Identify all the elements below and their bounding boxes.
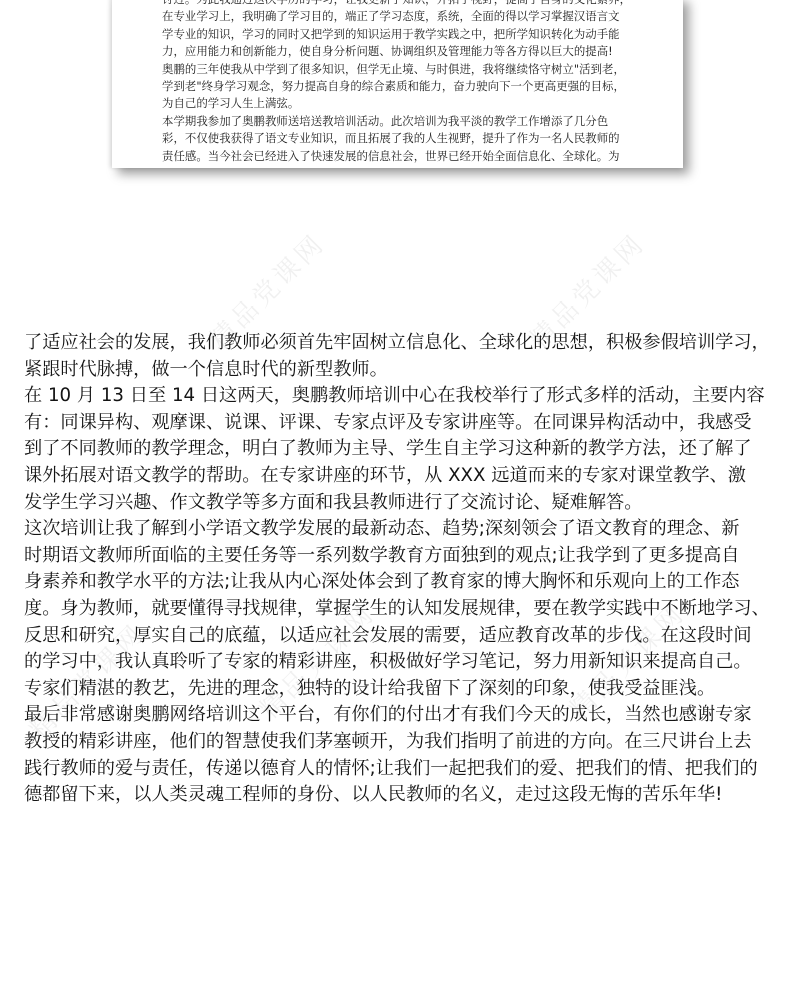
body-line: 的学习中，我认真聆听了专家的精彩讲座，积极做好学习笔记，努力用新知识来提高自己。 <box>24 649 784 676</box>
body-line: 在 10 月 13 日至 14 日这两天，奥鹏教师培训中心在我校举行了形式多样的… <box>24 383 784 410</box>
preview-text-block: 讨过。为此我通过这次学历的学习，让我更新了知识，开拓了视野，提高了自身的文化素养… <box>162 0 647 165</box>
body-line: 紧跟时代脉搏，做一个信息时代的新型教师。 <box>24 357 784 384</box>
preview-line: 奥鹏的三年使我从中学到了很多知识，但学无止境、与时俱进，我将继续恪守树立"活到老… <box>162 61 647 78</box>
preview-line: 讨过。为此我通过这次学历的学习，让我更新了知识，开拓了视野，提高了自身的文化素养… <box>162 0 647 8</box>
body-line: 到了不同教师的教学理念，明白了教师为主导、学生自主学习这种新的教学方法，还了解了 <box>24 436 784 463</box>
preview-line: 本学期我参加了奥鹏教师送培送教培训活动。此次培训为我平淡的教学工作增添了几分色 <box>162 113 647 130</box>
body-line: 有：同课异构、观摩课、说课、评课、专家点评及专家讲座等。在同课异构活动中，我感受 <box>24 410 784 437</box>
body-line: 德都留下来，以人类灵魂工程师的身份、以人民教师的名义，走过这段无悔的苦乐年华! <box>24 782 784 809</box>
preview-line: 为自己的学习人生上满弦。 <box>162 95 647 112</box>
preview-line: 学专业的知识，学习的同时又把学到的知识运用于教学实践之中，把所学知识转化为动手能 <box>162 26 647 43</box>
preview-line: 力，应用能力和创新能力，使自身分析问题、协调组织及管理能力等各方得以巨大的提高! <box>162 43 647 60</box>
preview-line: 责任感。当今社会已经进入了快速发展的信息社会，世界已经开始全面信息化、全球化。为 <box>162 148 647 165</box>
preview-line: 彩，不仅使我获得了语文专业知识，而且拓展了我的人生视野，提升了作为一名人民教师的 <box>162 130 647 147</box>
body-line: 课外拓展对语文教学的帮助。在专家讲座的环节，从 XXX 远道而来的专家对课堂教学… <box>24 463 784 490</box>
body-line: 度。身为教师，就要懂得寻找规律，掌握学生的认知发展规律，要在教学实践中不断地学习… <box>24 596 784 623</box>
body-line: 身素养和教学水平的方法;让我从内心深处体会到了教育家的博大胸怀和乐观向上的工作态 <box>24 569 784 596</box>
body-line: 最后非常感谢奥鹏网络培训这个平台，有你们的付出才有我们今天的成长，当然也感谢专家 <box>24 702 784 729</box>
preview-line: 在专业学习上，我明确了学习目的，端正了学习态度，系统，全面的得以学习掌握汉语言文 <box>162 8 647 25</box>
body-line: 发学生学习兴趣、作文教学等多方面和我县教师进行了交流讨论、疑难解答。 <box>24 490 784 517</box>
document-body: 了适应社会的发展，我们教师必须首先牢固树立信息化、全球化的思想，积极参假培训学习… <box>24 330 784 809</box>
body-line: 时期语文教师所面临的主要任务等一系列数学教育方面独到的观点;让我学到了更多提高自 <box>24 543 784 570</box>
body-line: 这次培训让我了解到小学语文教学发展的最新动态、趋势;深刻领会了语文教育的理念、新 <box>24 516 784 543</box>
preview-line: 学到老"终身学习观念，努力提高自身的综合素质和能力，奋力驶向下一个更高更强的目标… <box>162 78 647 95</box>
body-line: 反思和研究，厚实自己的底蕴，以适应社会发展的需要，适应教育改革的步伐。在这段时间 <box>24 623 784 650</box>
body-line: 专家们精湛的教艺，先进的理念，独特的设计给我留下了深刻的印象，使我受益匪浅。 <box>24 676 784 703</box>
body-line: 践行教师的爱与责任，传递以德育人的情怀;让我们一起把我们的爱、把我们的情、把我们… <box>24 756 784 783</box>
body-line: 教授的精彩讲座，他们的智慧使我们茅塞顿开，为我们指明了前进的方向。在三尺讲台上去 <box>24 729 784 756</box>
body-line: 了适应社会的发展，我们教师必须首先牢固树立信息化、全球化的思想，积极参假培训学习… <box>24 330 784 357</box>
document-page-preview: 讨过。为此我通过这次学历的学习，让我更新了知识，开拓了视野，提高了自身的文化素养… <box>112 0 683 168</box>
